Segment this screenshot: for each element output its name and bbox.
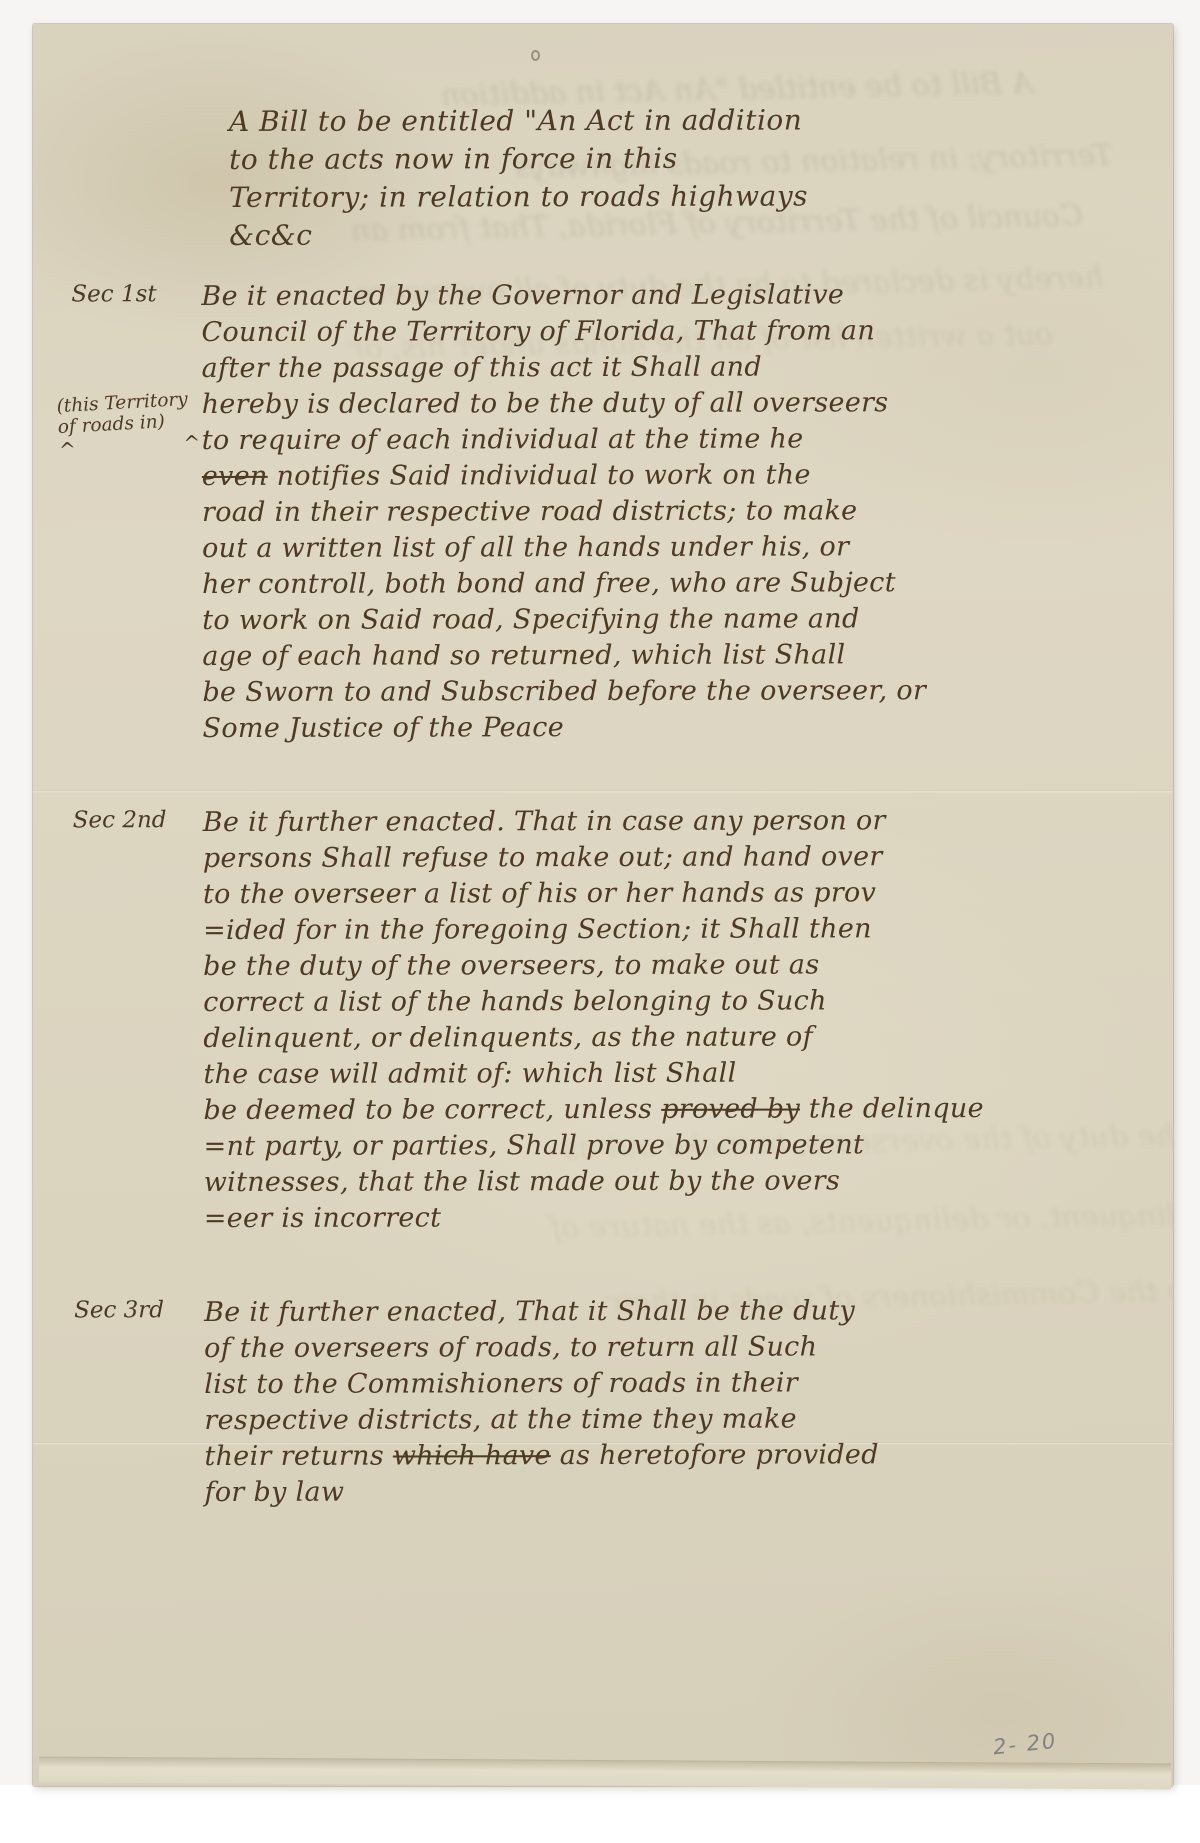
section-label: Sec 3rd — [74, 1295, 205, 1511]
manuscript-line: list to the Commishioners of roads in th… — [204, 1365, 1034, 1403]
manuscript-line: hereby is declared to be the duty of all… — [202, 385, 1032, 423]
title-line: A Bill to be entitled "An Act in additio… — [229, 101, 1121, 141]
manuscript-line: =ided for in the foregoing Section; it S… — [203, 911, 1033, 949]
bill-section: Sec 1stBe it enacted by the Governor and… — [71, 277, 1122, 748]
bill-section: Sec 3rdBe it further enacted, That it Sh… — [74, 1293, 1125, 1512]
manuscript-line: persons Shall refuse to make out; and ha… — [203, 839, 1033, 877]
manuscript-line: be the duty of the overseers, to make ou… — [203, 947, 1033, 985]
manuscript-line: her controll, both bond and free, who ar… — [202, 565, 1032, 603]
manuscript-line: =eer is incorrect — [204, 1199, 1034, 1237]
manuscript-line: Be it further enacted. That in case any … — [203, 803, 1033, 841]
manuscript-line: Council of the Territory of Florida, Tha… — [201, 313, 1031, 351]
manuscript-line: be Sworn to and Subscribed before the ov… — [202, 673, 1032, 711]
struck-text: even — [202, 461, 268, 492]
manuscript-line: after the passage of this act it Shall a… — [202, 349, 1032, 387]
title-line: to the acts now in force in this — [229, 139, 1121, 179]
manuscript-page: A Bill to be entitled "An Act in additio… — [33, 24, 1173, 1786]
document-scan: A Bill to be entitled "An Act in additio… — [0, 0, 1200, 1843]
manuscript-line: witnesses, that the list made out by the… — [204, 1163, 1034, 1201]
manuscript-line: correct a list of the hands belonging to… — [203, 983, 1033, 1021]
title-line: Territory; in relation to roads highways — [229, 177, 1121, 217]
manuscript-line: delinquent, or delinquents, as the natur… — [203, 1019, 1033, 1057]
section-body: Be it enacted by the Governor and Legisl… — [201, 277, 1032, 747]
manuscript-line: Be it enacted by the Governor and Legisl… — [201, 277, 1031, 315]
manuscript-line: out a written list of all the hands unde… — [202, 529, 1032, 567]
manuscript-line: Be it further enacted, That it Shall be … — [204, 1293, 1034, 1331]
section-body: Be it further enacted. That in case any … — [203, 803, 1034, 1237]
manuscript-line: road in their respective road districts;… — [202, 493, 1032, 531]
margin-insertion-note: (this Territoryof roads in)^^ — [56, 386, 239, 461]
scan-background — [0, 1785, 1200, 1843]
manuscript-line: be deemed to be correct, unless proved b… — [203, 1091, 1033, 1129]
manuscript-text: A Bill to be entitled "An Act in additio… — [31, 23, 1176, 1788]
manuscript-line: even notifies Said individual to work on… — [202, 457, 1032, 495]
sections: Sec 1stBe it enacted by the Governor and… — [71, 277, 1124, 1512]
manuscript-line: respective districts, at the time they m… — [204, 1401, 1034, 1439]
manuscript-line: for by law — [204, 1473, 1034, 1511]
manuscript-line: to work on Said road, Specifying the nam… — [202, 601, 1032, 639]
manuscript-line: the case will admit of: which list Shall — [203, 1055, 1033, 1093]
manuscript-line: age of each hand so returned, which list… — [202, 637, 1032, 675]
section-label: Sec 1st — [71, 279, 202, 747]
caret-icon: ^ — [183, 430, 201, 455]
section-body: Be it further enacted, That it Shall be … — [204, 1293, 1035, 1511]
bill-title: A Bill to be entitled "An Act in additio… — [229, 101, 1121, 255]
bill-section: Sec 2ndBe it further enacted. That in ca… — [73, 803, 1124, 1238]
manuscript-line: to require of each individual at the tim… — [202, 421, 1032, 459]
manuscript-line: Some Justice of the Peace — [202, 709, 1032, 747]
manuscript-line: =nt party, or parties, Shall prove by co… — [204, 1127, 1034, 1165]
section-label: Sec 2nd — [73, 805, 204, 1237]
title-line: &c&c — [229, 215, 1121, 255]
manuscript-line: their returns which have as heretofore p… — [204, 1437, 1034, 1475]
struck-text: proved by — [661, 1093, 800, 1124]
caret-icon: ^ — [58, 437, 76, 462]
struck-text: which have — [393, 1440, 551, 1471]
manuscript-line: of the overseers of roads, to return all… — [204, 1329, 1034, 1367]
manuscript-line: to the overseer a list of his or her han… — [203, 875, 1033, 913]
